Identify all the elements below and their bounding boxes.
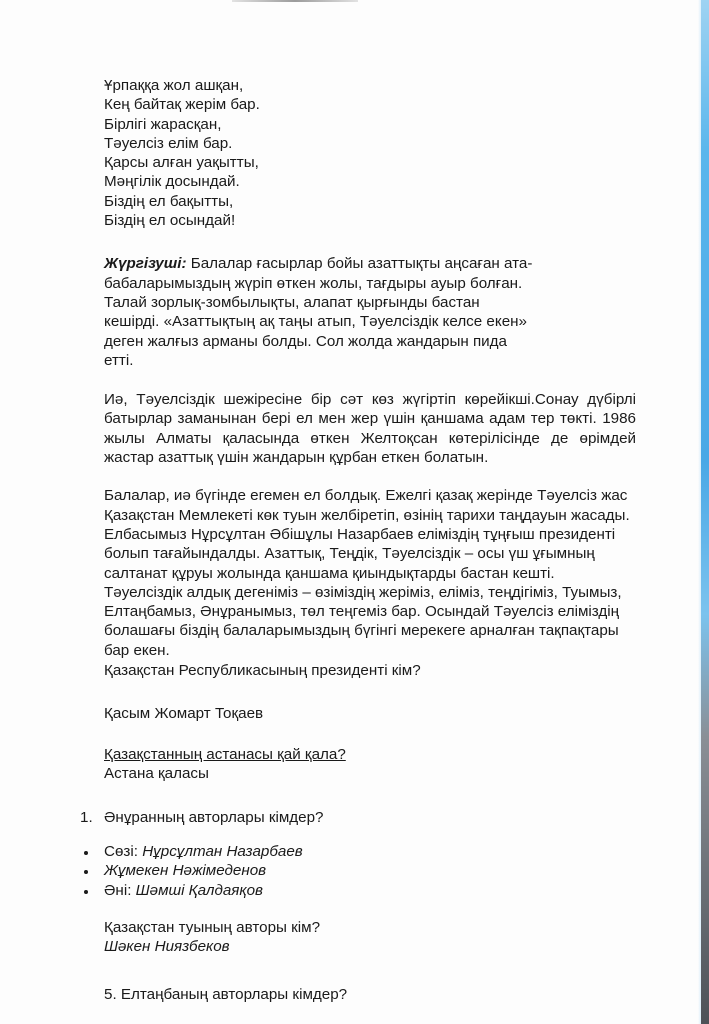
list-item: Сөзі: Нұрсұлтан Назарбаев <box>82 842 303 861</box>
scanned-page: Ұрпаққа жол ашқан, Кең байтақ жерім бар.… <box>0 0 709 1024</box>
anthem-question-text: Әнұранның авторлары кімдер? <box>104 809 324 826</box>
poem-line: Біздің ел бақытты, <box>104 192 644 211</box>
poem-line: Ұрпаққа жол ашқан, <box>104 76 644 95</box>
poem-line: Тәуелсіз елім бар. <box>104 134 644 153</box>
poem-line: Қарсы алған уақытты, <box>104 153 644 172</box>
item-label: Әні: <box>104 882 136 899</box>
answer-capital: Астана қаласы <box>104 764 209 783</box>
narrator-paragraph: Жүргізуші: Балалар ғасырлар бойы азаттық… <box>104 254 534 370</box>
poem-line: Бірлігі жарасқан, <box>104 115 644 134</box>
question-anthem: 1.Әнұранның авторлары кімдер? <box>80 808 324 827</box>
narrator-label: Жүргізуші: <box>104 255 187 272</box>
poem-line: Мәңгілік досындай. <box>104 172 644 191</box>
item-value: Шәмші Қалдаяқов <box>136 882 263 899</box>
independence-paragraph: Балалар, иә бүгінде егемен ел болдық. Еж… <box>104 486 634 660</box>
item-value: Нұрсұлтан Назарбаев <box>142 843 303 860</box>
anthem-authors-list: Сөзі: Нұрсұлтан Назарбаев Жұмекен Нәжіме… <box>82 842 303 900</box>
question-emblem: 5. Елтаңбаның авторлары кімдер? <box>104 985 347 1004</box>
list-number: 1. <box>80 808 104 827</box>
list-item: Жұмекен Нәжімеденов <box>82 861 303 880</box>
answer-president: Қасым Жомарт Тоқаев <box>104 704 263 723</box>
poem-line: Біздің ел осындай! <box>104 211 644 230</box>
poem: Ұрпаққа жол ашқан, Кең байтақ жерім бар.… <box>104 76 644 230</box>
item-value: Жұмекен Нәжімеденов <box>104 862 266 879</box>
scan-shadow <box>232 0 358 2</box>
item-label: Сөзі: <box>104 843 142 860</box>
poem-line: Кең байтақ жерім бар. <box>104 95 644 114</box>
answer-flag: Шәкен Ниязбеков <box>104 937 230 956</box>
question-flag: Қазақстан туының авторы кім? <box>104 918 320 937</box>
page-edge-strip <box>701 0 709 1024</box>
history-paragraph: Иә, Тәуелсіздік шежіресіне бір сәт көз ж… <box>104 390 636 467</box>
question-capital: Қазақстанның астанасы қай қала? <box>104 745 346 764</box>
list-item: Әні: Шәмші Қалдаяқов <box>82 881 303 900</box>
narrator-text: Балалар ғасырлар бойы азаттықты аңсаған … <box>104 255 532 368</box>
document-body: Ұрпаққа жол ашқан, Кең байтақ жерім бар.… <box>104 76 644 660</box>
question-president: Қазақстан Республикасының президенті кім… <box>104 661 421 680</box>
